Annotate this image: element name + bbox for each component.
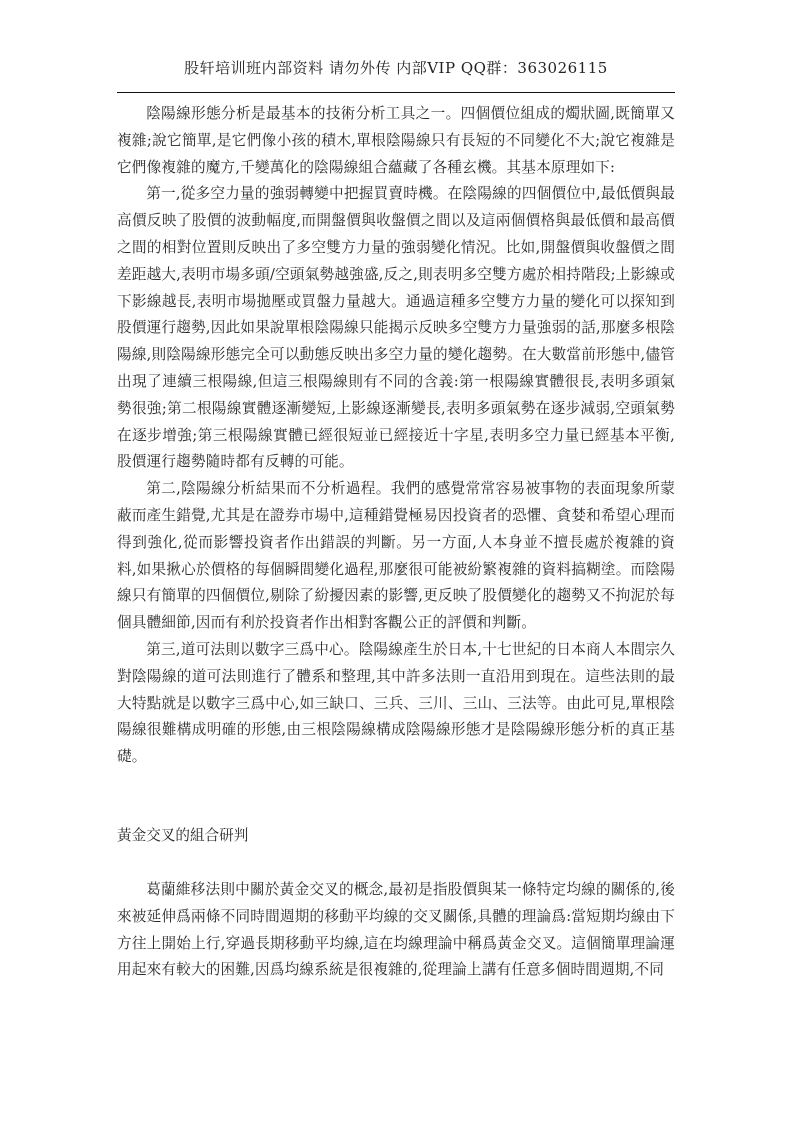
page-header: 股轩培训班内部资料 请勿外传 内部VIP QQ群：363026115 (117, 57, 675, 78)
header-divider (117, 92, 675, 93)
section-heading: 黃金交叉的組合研判 (117, 823, 675, 849)
paragraph-golden-cross: 葛蘭維移法則中關於黃金交叉的概念,最初是指股價與某一條特定均線的關係的,後來被延… (117, 877, 675, 984)
paragraph-intro: 陰陽線形態分析是最基本的技術分析工具之一。四個價位組成的燭狀圖,既簡單又複雜;說… (117, 101, 675, 181)
document-body: 陰陽線形態分析是最基本的技術分析工具之一。四個價位組成的燭狀圖,既簡單又複雜;說… (117, 101, 675, 984)
paragraph-point-two: 第二,陰陽線分析結果而不分析過程。我們的感覺常常容易被事物的表面現象所蒙蔽而產生… (117, 476, 675, 637)
paragraph-point-three: 第三,道可法則以數字三爲中心。陰陽線產生於日本,十七世紀的日本商人本間宗久對陰陽… (117, 637, 675, 771)
paragraph-point-one: 第一,從多空力量的強弱轉變中把握買賣時機。在陰陽線的四個價位中,最低價與最高價反… (117, 181, 675, 476)
